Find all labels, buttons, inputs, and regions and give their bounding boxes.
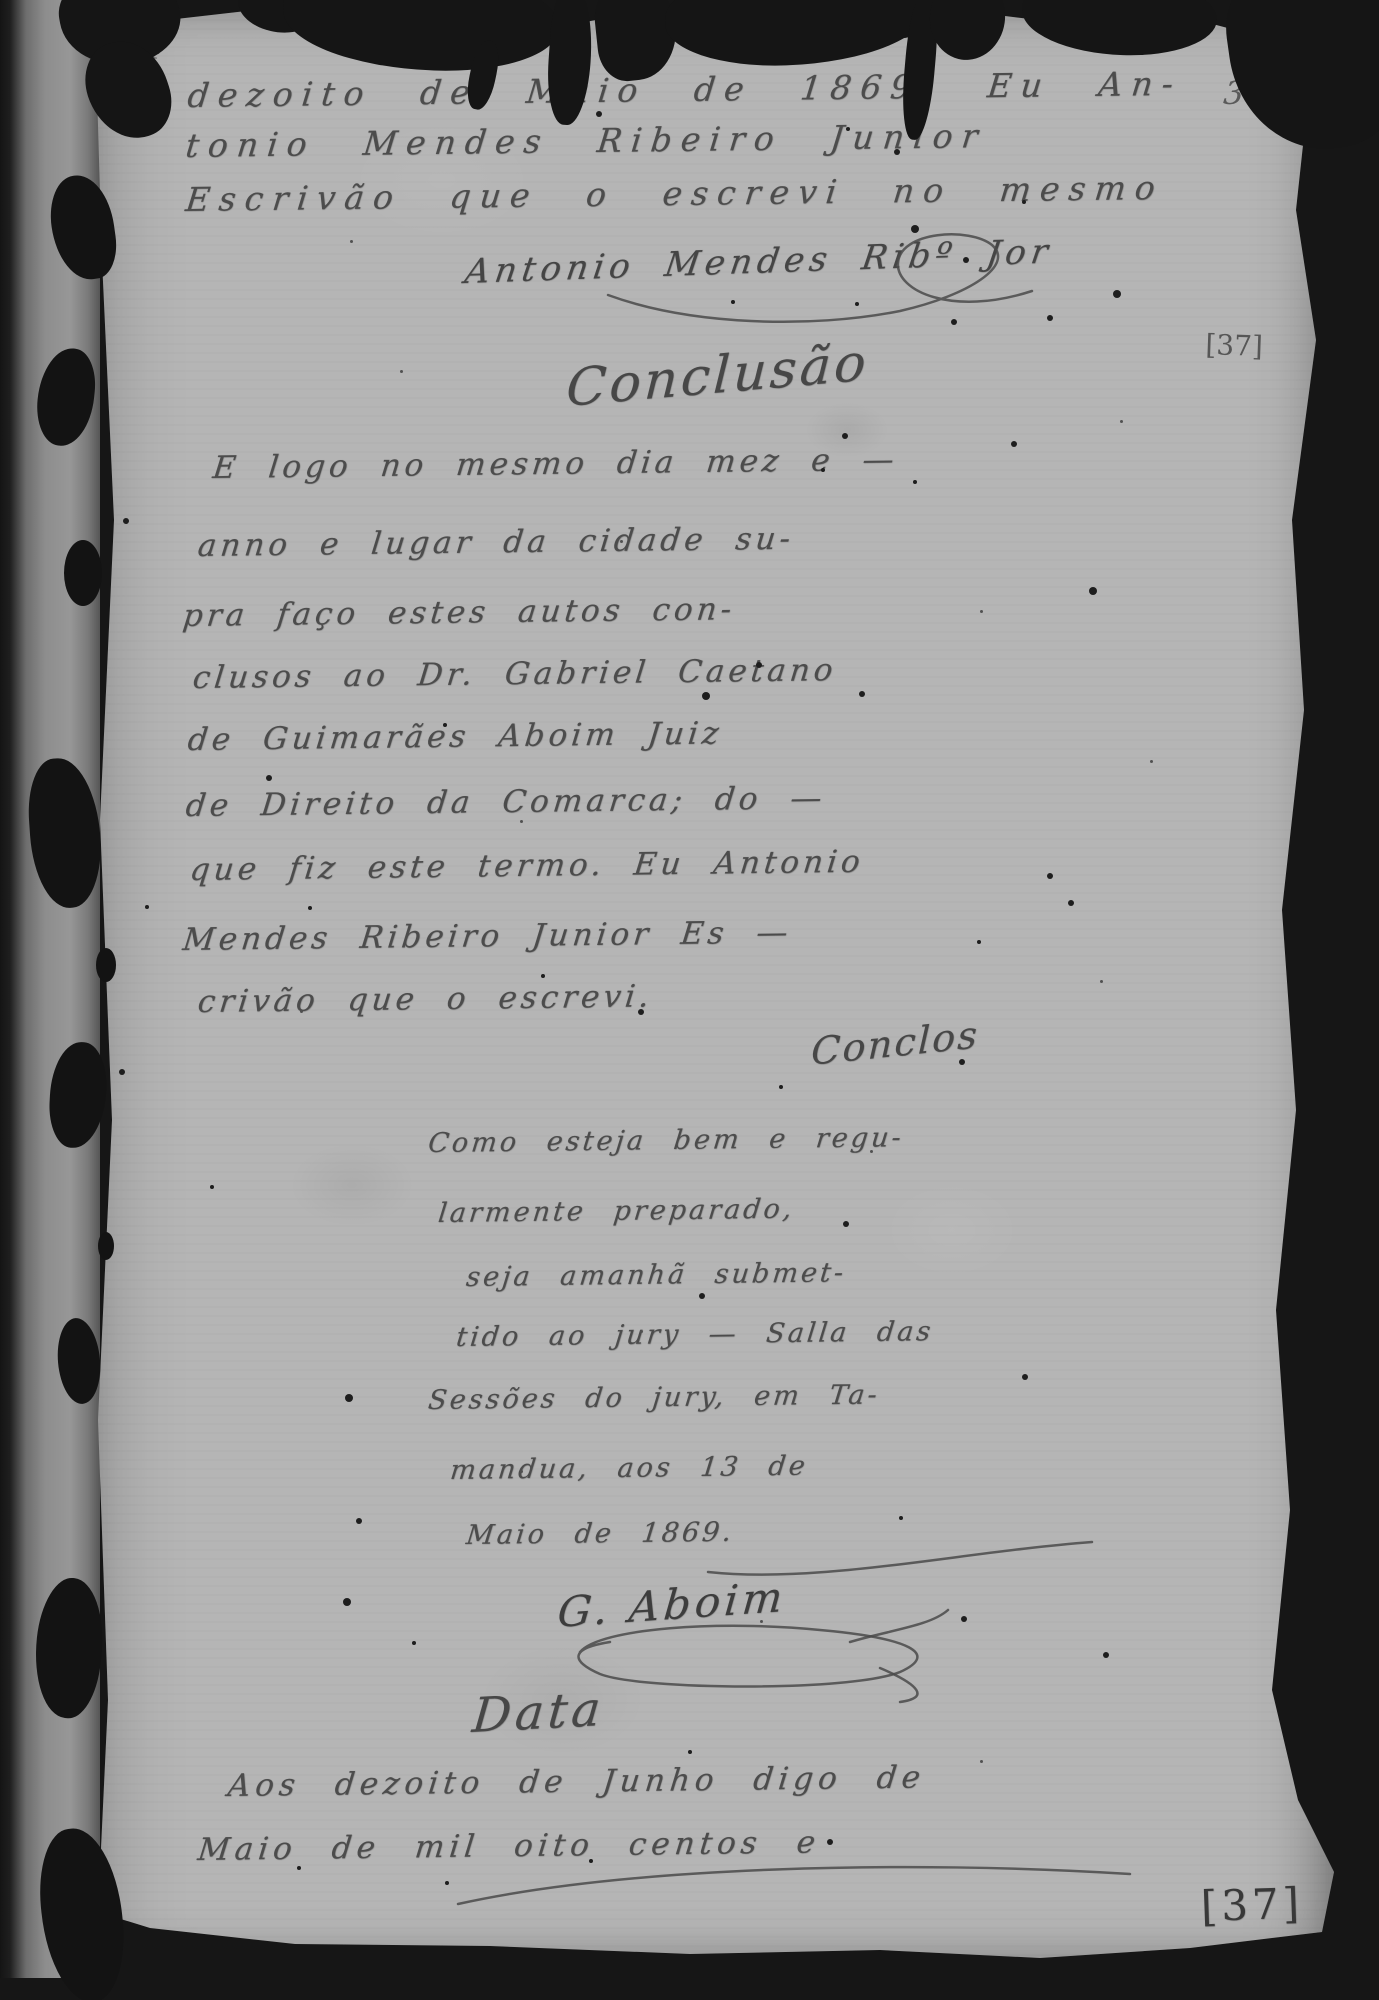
section-heading-conclusao: Conclusão — [565, 332, 871, 420]
ink-blot — [98, 1232, 114, 1260]
trailing-flourish — [450, 1852, 1140, 1912]
signature-flourish — [600, 225, 1070, 345]
line-flourish — [700, 1532, 1100, 1587]
manuscript-line: tonio Mendes Ribeiro Junior — [184, 116, 989, 165]
manuscript-line: clusos ao Dr. Gabriel Caetano — [191, 652, 839, 697]
manuscript-line: E logo no mesmo dia mez e — — [211, 442, 900, 488]
margin-annotation-lower: [37] — [1200, 1878, 1304, 1932]
manuscript-line: crivão que o escrevi. — [196, 978, 655, 1021]
manuscript-line: Mendes Ribeiro Junior Es — — [181, 915, 794, 960]
manuscript-line: Sessões do jury, em Ta- — [426, 1379, 881, 1417]
manuscript-line: pra faço estes autos con- — [181, 591, 737, 635]
scanned-manuscript-page: 4 35 [37] [37] dezoito de Maio de 1869. … — [0, 0, 1379, 2000]
ink-blot — [96, 948, 116, 982]
manuscript-line: anno e lugar da cidade su- — [196, 521, 796, 565]
manuscript-line: dezoito de Maio de 1869. Eu An- — [186, 64, 1185, 116]
manuscript-line: Como esteja bem e regu- — [426, 1122, 905, 1160]
manuscript-line: tido ao jury — Salla das — [454, 1316, 935, 1354]
manuscript-line: mandua, aos 13 de — [448, 1451, 809, 1488]
margin-annotation-upper: [37] — [1205, 328, 1264, 364]
manuscript-line: seja amanhã submet- — [464, 1257, 847, 1294]
manuscript-line: larmente preparado, — [436, 1194, 796, 1231]
ink-blot — [64, 540, 102, 606]
paper-specks — [0, 0, 3, 3]
judge-signature-flourish — [520, 1590, 960, 1710]
subheading-conclusos: Conclos — [810, 1013, 979, 1076]
manuscript-line: que fiz este termo. Eu Antonio — [188, 844, 866, 889]
manuscript-line: Maio de 1869. — [464, 1517, 735, 1553]
manuscript-line: Aos dezoito de Junho digo de — [226, 1759, 927, 1805]
manuscript-line: de Direito da Comarca; do — — [184, 780, 828, 825]
manuscript-line: Escrivão que o escrevi no mesmo — [184, 168, 1167, 220]
manuscript-line: de Guimarães Aboim Juiz — [186, 715, 725, 759]
